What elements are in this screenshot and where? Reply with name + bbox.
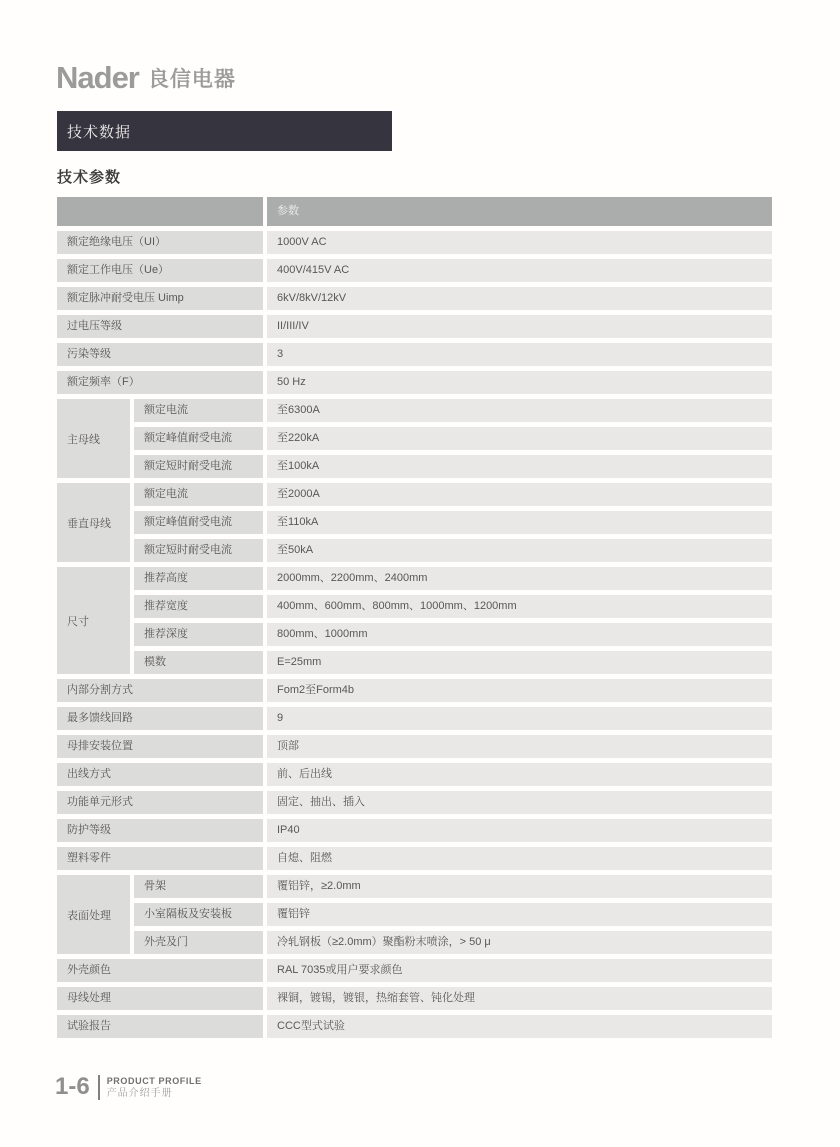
banner-title: 技术数据 (57, 121, 131, 142)
row-label-cell: 母线处理 (57, 987, 263, 1010)
row-sublabel-cell: 推荐高度 (134, 567, 263, 590)
row-sublabel-cell: 骨架 (134, 875, 263, 898)
table-header-param (57, 197, 263, 226)
table-row: 推荐高度2000mm、2200mm、2400mm (134, 567, 772, 590)
table-row: 外壳及门冷轧钢板（≥2.0mm）聚酯粉末喷涂，> 50 μ (134, 931, 772, 954)
table-body: 额定绝缘电压（UI）1000V AC额定工作电压（Ue）400V/415V AC… (57, 231, 772, 1038)
table-row: 试验报告CCC型式试验 (57, 1015, 772, 1038)
row-label-cell: 塑料零件 (57, 847, 263, 870)
footer-doc-title: PRODUCT PROFILE 产品介绍手册 (107, 1075, 202, 1100)
table-row: 过电压等级II/III/IV (57, 315, 772, 338)
row-value-cell: RAL 7035或用户要求颜色 (267, 959, 772, 982)
table-row: 推荐宽度400mm、600mm、800mm、1000mm、1200mm (134, 595, 772, 618)
technical-parameters-table: 参数 额定绝缘电压（UI）1000V AC额定工作电压（Ue）400V/415V… (57, 197, 772, 1043)
group-sub-rows: 骨架覆铝锌，≥2.0mm小室隔板及安装板覆铝锌外壳及门冷轧钢板（≥2.0mm）聚… (134, 875, 772, 959)
table-row: 内部分割方式Fom2至Form4b (57, 679, 772, 702)
row-value-cell: Fom2至Form4b (267, 679, 772, 702)
row-label-cell: 额定频率（F） (57, 371, 263, 394)
table-row: 小室隔板及安装板覆铝锌 (134, 903, 772, 926)
table-row: 污染等级3 (57, 343, 772, 366)
row-sublabel-cell: 小室隔板及安装板 (134, 903, 263, 926)
table-group-row: 垂直母线额定电流至2000A额定峰值耐受电流至110kA额定短时耐受电流至50k… (57, 483, 772, 567)
table-header-value: 参数 (267, 197, 772, 226)
table-row: 额定工作电压（Ue）400V/415V AC (57, 259, 772, 282)
row-value-cell: 1000V AC (267, 231, 772, 254)
row-value-cell: 至6300A (267, 399, 772, 422)
table-row: 推荐深度800mm、1000mm (134, 623, 772, 646)
row-sublabel-cell: 额定短时耐受电流 (134, 539, 263, 562)
row-label-cell: 额定脉冲耐受电压 Uimp (57, 287, 263, 310)
row-value-cell: II/III/IV (267, 315, 772, 338)
row-value-cell: 前、后出线 (267, 763, 772, 786)
row-value-cell: 3 (267, 343, 772, 366)
group-sub-rows: 额定电流至2000A额定峰值耐受电流至110kA额定短时耐受电流至50kA (134, 483, 772, 567)
table-row: 额定峰值耐受电流至220kA (134, 427, 772, 450)
row-value-cell: E=25mm (267, 651, 772, 674)
table-row: 额定电流至6300A (134, 399, 772, 422)
group-label-cell: 主母线 (57, 399, 130, 478)
row-sublabel-cell: 额定短时耐受电流 (134, 455, 263, 478)
row-sublabel-cell: 推荐宽度 (134, 595, 263, 618)
logo-brand-text: Nader (56, 60, 139, 96)
page-title: 技术参数 (57, 166, 121, 187)
row-value-cell: 覆铝锌 (267, 903, 772, 926)
table-row: 额定脉冲耐受电压 Uimp6kV/8kV/12kV (57, 287, 772, 310)
page-footer: 1-6 PRODUCT PROFILE 产品介绍手册 (55, 1073, 202, 1101)
row-label-cell: 外壳颜色 (57, 959, 263, 982)
table-group-row: 表面处理骨架覆铝锌，≥2.0mm小室隔板及安装板覆铝锌外壳及门冷轧钢板（≥2.0… (57, 875, 772, 959)
table-row: 防护等级IP40 (57, 819, 772, 842)
row-value-cell: 裸铜，镀锡，镀银，热缩套管、钝化处理 (267, 987, 772, 1010)
row-value-cell: 顶部 (267, 735, 772, 758)
row-label-cell: 额定工作电压（Ue） (57, 259, 263, 282)
section-banner: 技术数据 (57, 111, 392, 151)
table-row: 额定频率（F）50 Hz (57, 371, 772, 394)
row-label-cell: 内部分割方式 (57, 679, 263, 702)
table-row: 模数E=25mm (134, 651, 772, 674)
document-page: Nader 良信电器 技术数据 技术参数 参数 额定绝缘电压（UI）1000V … (0, 0, 840, 1147)
row-value-cell: CCC型式试验 (267, 1015, 772, 1038)
group-label-cell: 尺寸 (57, 567, 130, 674)
row-value-cell: 2000mm、2200mm、2400mm (267, 567, 772, 590)
table-group-row: 主母线额定电流至6300A额定峰值耐受电流至220kA额定短时耐受电流至100k… (57, 399, 772, 483)
row-value-cell: 至220kA (267, 427, 772, 450)
table-group-row: 尺寸推荐高度2000mm、2200mm、2400mm推荐宽度400mm、600m… (57, 567, 772, 679)
group-sub-rows: 额定电流至6300A额定峰值耐受电流至220kA额定短时耐受电流至100kA (134, 399, 772, 483)
table-row: 母排安装位置顶部 (57, 735, 772, 758)
row-value-cell: 至110kA (267, 511, 772, 534)
row-value-cell: 冷轧钢板（≥2.0mm）聚酯粉末喷涂，> 50 μ (267, 931, 772, 954)
row-value-cell: 6kV/8kV/12kV (267, 287, 772, 310)
table-row: 最多馈线回路9 (57, 707, 772, 730)
row-value-cell: 50 Hz (267, 371, 772, 394)
table-row: 额定电流至2000A (134, 483, 772, 506)
table-row: 额定短时耐受电流至100kA (134, 455, 772, 478)
table-row: 外壳颜色RAL 7035或用户要求颜色 (57, 959, 772, 982)
row-value-cell: 自熄、阻燃 (267, 847, 772, 870)
row-label-cell: 出线方式 (57, 763, 263, 786)
table-row: 母线处理裸铜，镀锡，镀银，热缩套管、钝化处理 (57, 987, 772, 1010)
doc-title-cn: 产品介绍手册 (107, 1087, 202, 1100)
row-value-cell: IP40 (267, 819, 772, 842)
table-row: 出线方式前、后出线 (57, 763, 772, 786)
row-label-cell: 防护等级 (57, 819, 263, 842)
row-value-cell: 固定、抽出、插入 (267, 791, 772, 814)
row-value-cell: 400V/415V AC (267, 259, 772, 282)
row-sublabel-cell: 外壳及门 (134, 931, 263, 954)
row-sublabel-cell: 额定峰值耐受电流 (134, 427, 263, 450)
row-label-cell: 试验报告 (57, 1015, 263, 1038)
table-row: 功能单元形式固定、抽出、插入 (57, 791, 772, 814)
row-label-cell: 额定绝缘电压（UI） (57, 231, 263, 254)
row-sublabel-cell: 额定峰值耐受电流 (134, 511, 263, 534)
table-row: 骨架覆铝锌，≥2.0mm (134, 875, 772, 898)
row-label-cell: 最多馈线回路 (57, 707, 263, 730)
page-number: 1-6 (55, 1073, 90, 1101)
group-sub-rows: 推荐高度2000mm、2200mm、2400mm推荐宽度400mm、600mm、… (134, 567, 772, 679)
row-sublabel-cell: 推荐深度 (134, 623, 263, 646)
row-value-cell: 400mm、600mm、800mm、1000mm、1200mm (267, 595, 772, 618)
row-value-cell: 至2000A (267, 483, 772, 506)
footer-divider (98, 1075, 100, 1100)
row-sublabel-cell: 额定电流 (134, 399, 263, 422)
nader-logo: Nader 良信电器 (56, 60, 236, 96)
logo-brand-cn-text: 良信电器 (148, 63, 236, 93)
table-row: 塑料零件自熄、阻燃 (57, 847, 772, 870)
row-value-cell: 覆铝锌，≥2.0mm (267, 875, 772, 898)
group-label-cell: 表面处理 (57, 875, 130, 954)
row-label-cell: 过电压等级 (57, 315, 263, 338)
group-label-cell: 垂直母线 (57, 483, 130, 562)
table-header-row: 参数 (57, 197, 772, 226)
row-sublabel-cell: 模数 (134, 651, 263, 674)
row-label-cell: 母排安装位置 (57, 735, 263, 758)
row-label-cell: 功能单元形式 (57, 791, 263, 814)
row-label-cell: 污染等级 (57, 343, 263, 366)
row-value-cell: 800mm、1000mm (267, 623, 772, 646)
row-value-cell: 至50kA (267, 539, 772, 562)
doc-title-en: PRODUCT PROFILE (107, 1075, 202, 1087)
row-value-cell: 9 (267, 707, 772, 730)
row-value-cell: 至100kA (267, 455, 772, 478)
table-row: 额定峰值耐受电流至110kA (134, 511, 772, 534)
table-row: 额定短时耐受电流至50kA (134, 539, 772, 562)
table-row: 额定绝缘电压（UI）1000V AC (57, 231, 772, 254)
row-sublabel-cell: 额定电流 (134, 483, 263, 506)
